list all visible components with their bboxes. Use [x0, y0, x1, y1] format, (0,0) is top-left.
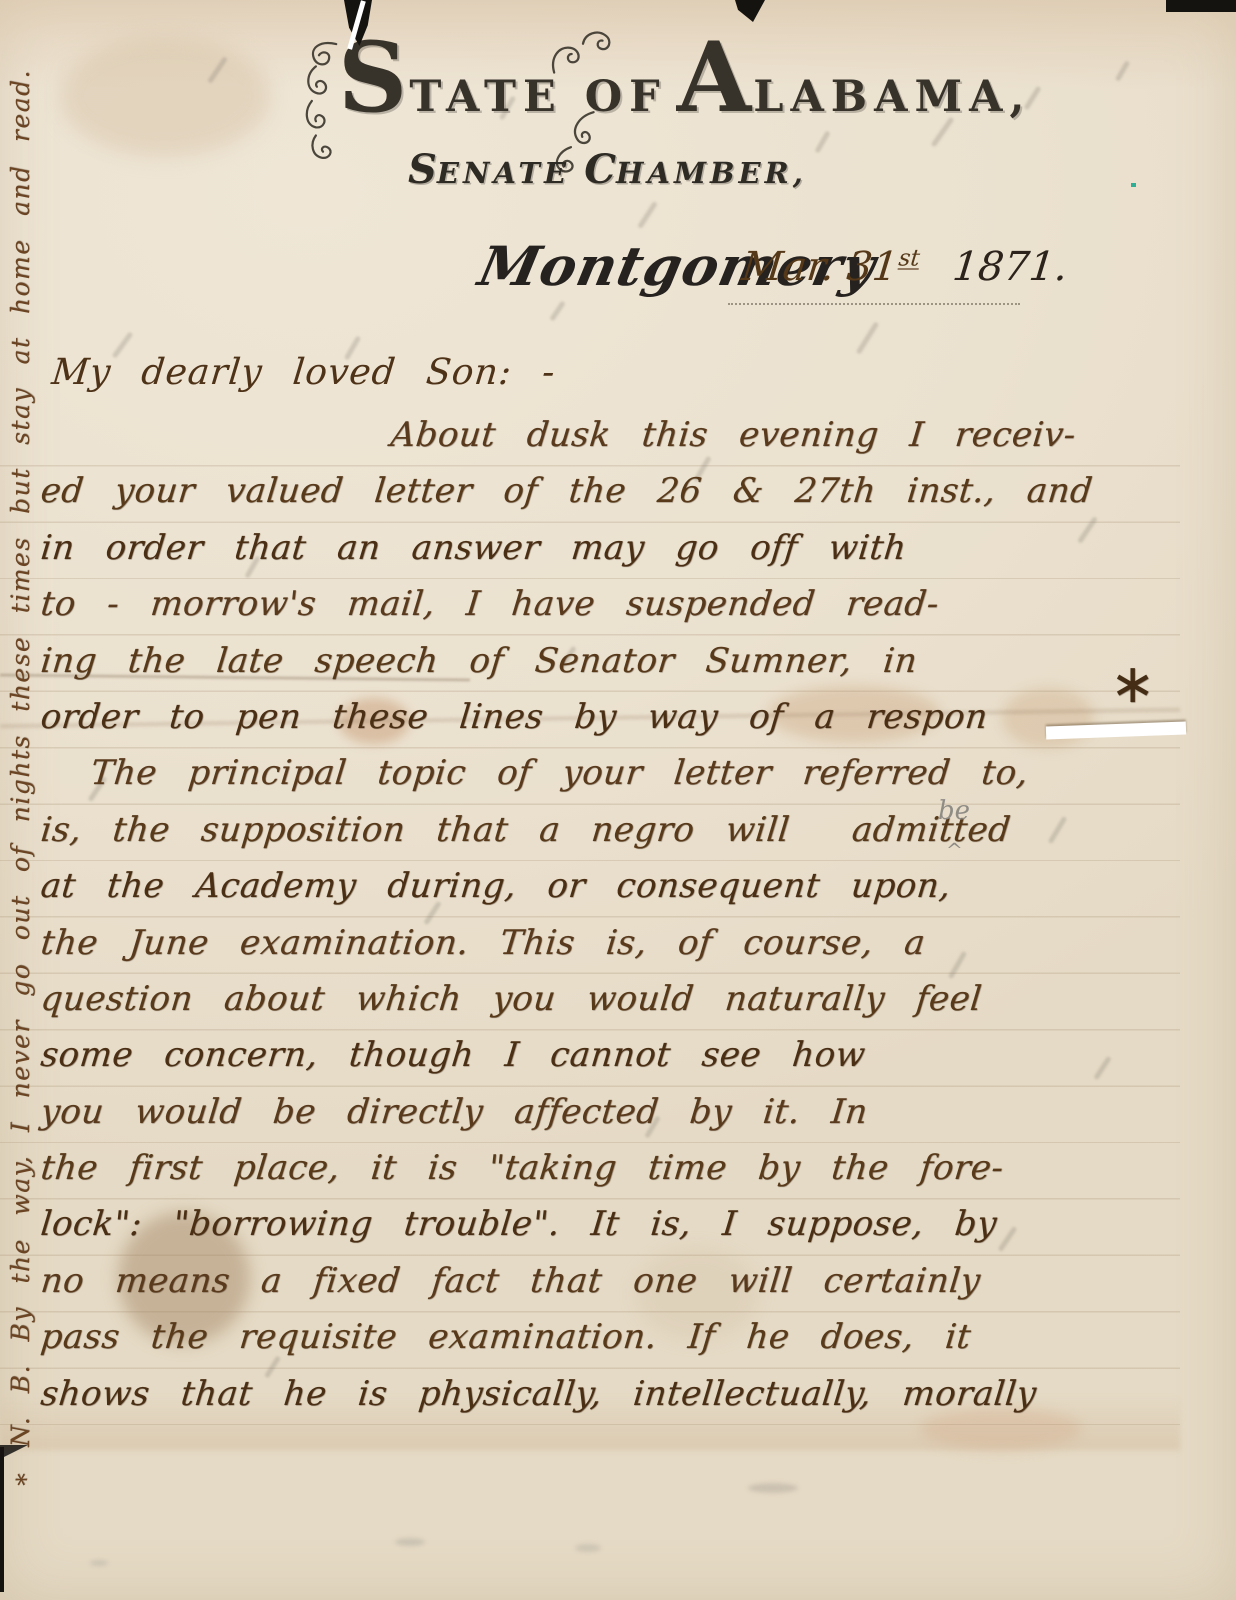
letterhead-text: LABAMA, [753, 72, 1031, 122]
letterhead-text: S [408, 150, 437, 190]
smudge [1115, 60, 1130, 82]
smudge [575, 1544, 601, 1552]
letter-line: lock": "borrowing trouble". It is, I sup… [37, 1204, 1173, 1260]
printed-dotted-rule [728, 303, 1020, 305]
pencil-insertion: be [938, 796, 970, 826]
letter-line: in order that an answer may go off with [37, 528, 1173, 584]
letterhead-text: HAMBER, [616, 156, 807, 190]
stain [60, 36, 270, 156]
pencil-caret: ^ [946, 838, 963, 862]
smudge [549, 300, 565, 321]
letter-line: some concern, though I cannot see how [37, 1035, 1173, 1091]
letterhead-initial-a: A [677, 30, 751, 126]
teal-speck [1131, 183, 1136, 187]
letter-line: pass the requisite examination. If he do… [37, 1317, 1173, 1373]
smudge [207, 56, 228, 84]
letter-line: question about which you would naturally… [37, 979, 1173, 1035]
letter-paper: STATE OFALABAMA, SENATE CHAMBER, Montgom… [0, 0, 1236, 1600]
letterhead-text: ENATE [437, 156, 584, 190]
date-suffix: st [897, 246, 921, 272]
letterhead-text: C [584, 150, 616, 190]
letterhead-subtitle: SENATE CHAMBER, [408, 150, 807, 190]
smudge [748, 1483, 798, 1493]
footnote-asterisk: ∗ [1110, 652, 1155, 715]
handwritten-date: Mar. 31st1871. [740, 244, 1070, 290]
smudge [856, 321, 879, 354]
scan-mark [1166, 0, 1236, 12]
scanned-letter-canvas: STATE OFALABAMA, SENATE CHAMBER, Montgom… [0, 0, 1236, 1600]
margin-note: ∗ N. B. By the way, I never go out of ni… [6, 38, 35, 1488]
letter-line: at the Academy during, or consequent upo… [37, 866, 1173, 922]
letter-line: ing the late speech of Senator Sumner, i… [37, 641, 1173, 697]
letter-line: to - morrow's mail, I have suspended rea… [37, 584, 1173, 640]
letterhead-title: STATE OFALABAMA, [338, 30, 1041, 126]
letter-line: ed your valued letter of the 26 & 27th i… [37, 471, 1173, 527]
smudge [395, 1538, 425, 1546]
smudge [814, 130, 830, 153]
letter-line: The principal topic of your letter refer… [37, 753, 1173, 809]
salutation: My dearly loved Son: - [50, 352, 558, 393]
letter-line: the first place, it is "taking time by t… [37, 1148, 1173, 1204]
letter-line: no means a fixed fact that one will cert… [37, 1261, 1173, 1317]
smudge [90, 1560, 108, 1566]
letter-line: the June examination. This is, of course… [37, 923, 1173, 979]
date-year: 1871. [950, 244, 1069, 290]
smudge [637, 201, 658, 229]
letter-line: About dusk this evening I receiv- [37, 415, 1173, 471]
letter-body: About dusk this evening I receiv- ed you… [40, 415, 1170, 1430]
scan-mark [0, 1447, 4, 1592]
letterhead-text: TATE OF [409, 72, 666, 122]
letter-line: shows that he is physically, intellectua… [37, 1374, 1173, 1430]
date-month-day: Mar. 31 [740, 244, 901, 290]
letter-line: you would be directly affected by it. In [37, 1092, 1173, 1148]
letter-line: order to pen these lines by way of a res… [37, 697, 1173, 753]
letter-line: is, the supposition that a negro will ad… [37, 810, 1173, 866]
